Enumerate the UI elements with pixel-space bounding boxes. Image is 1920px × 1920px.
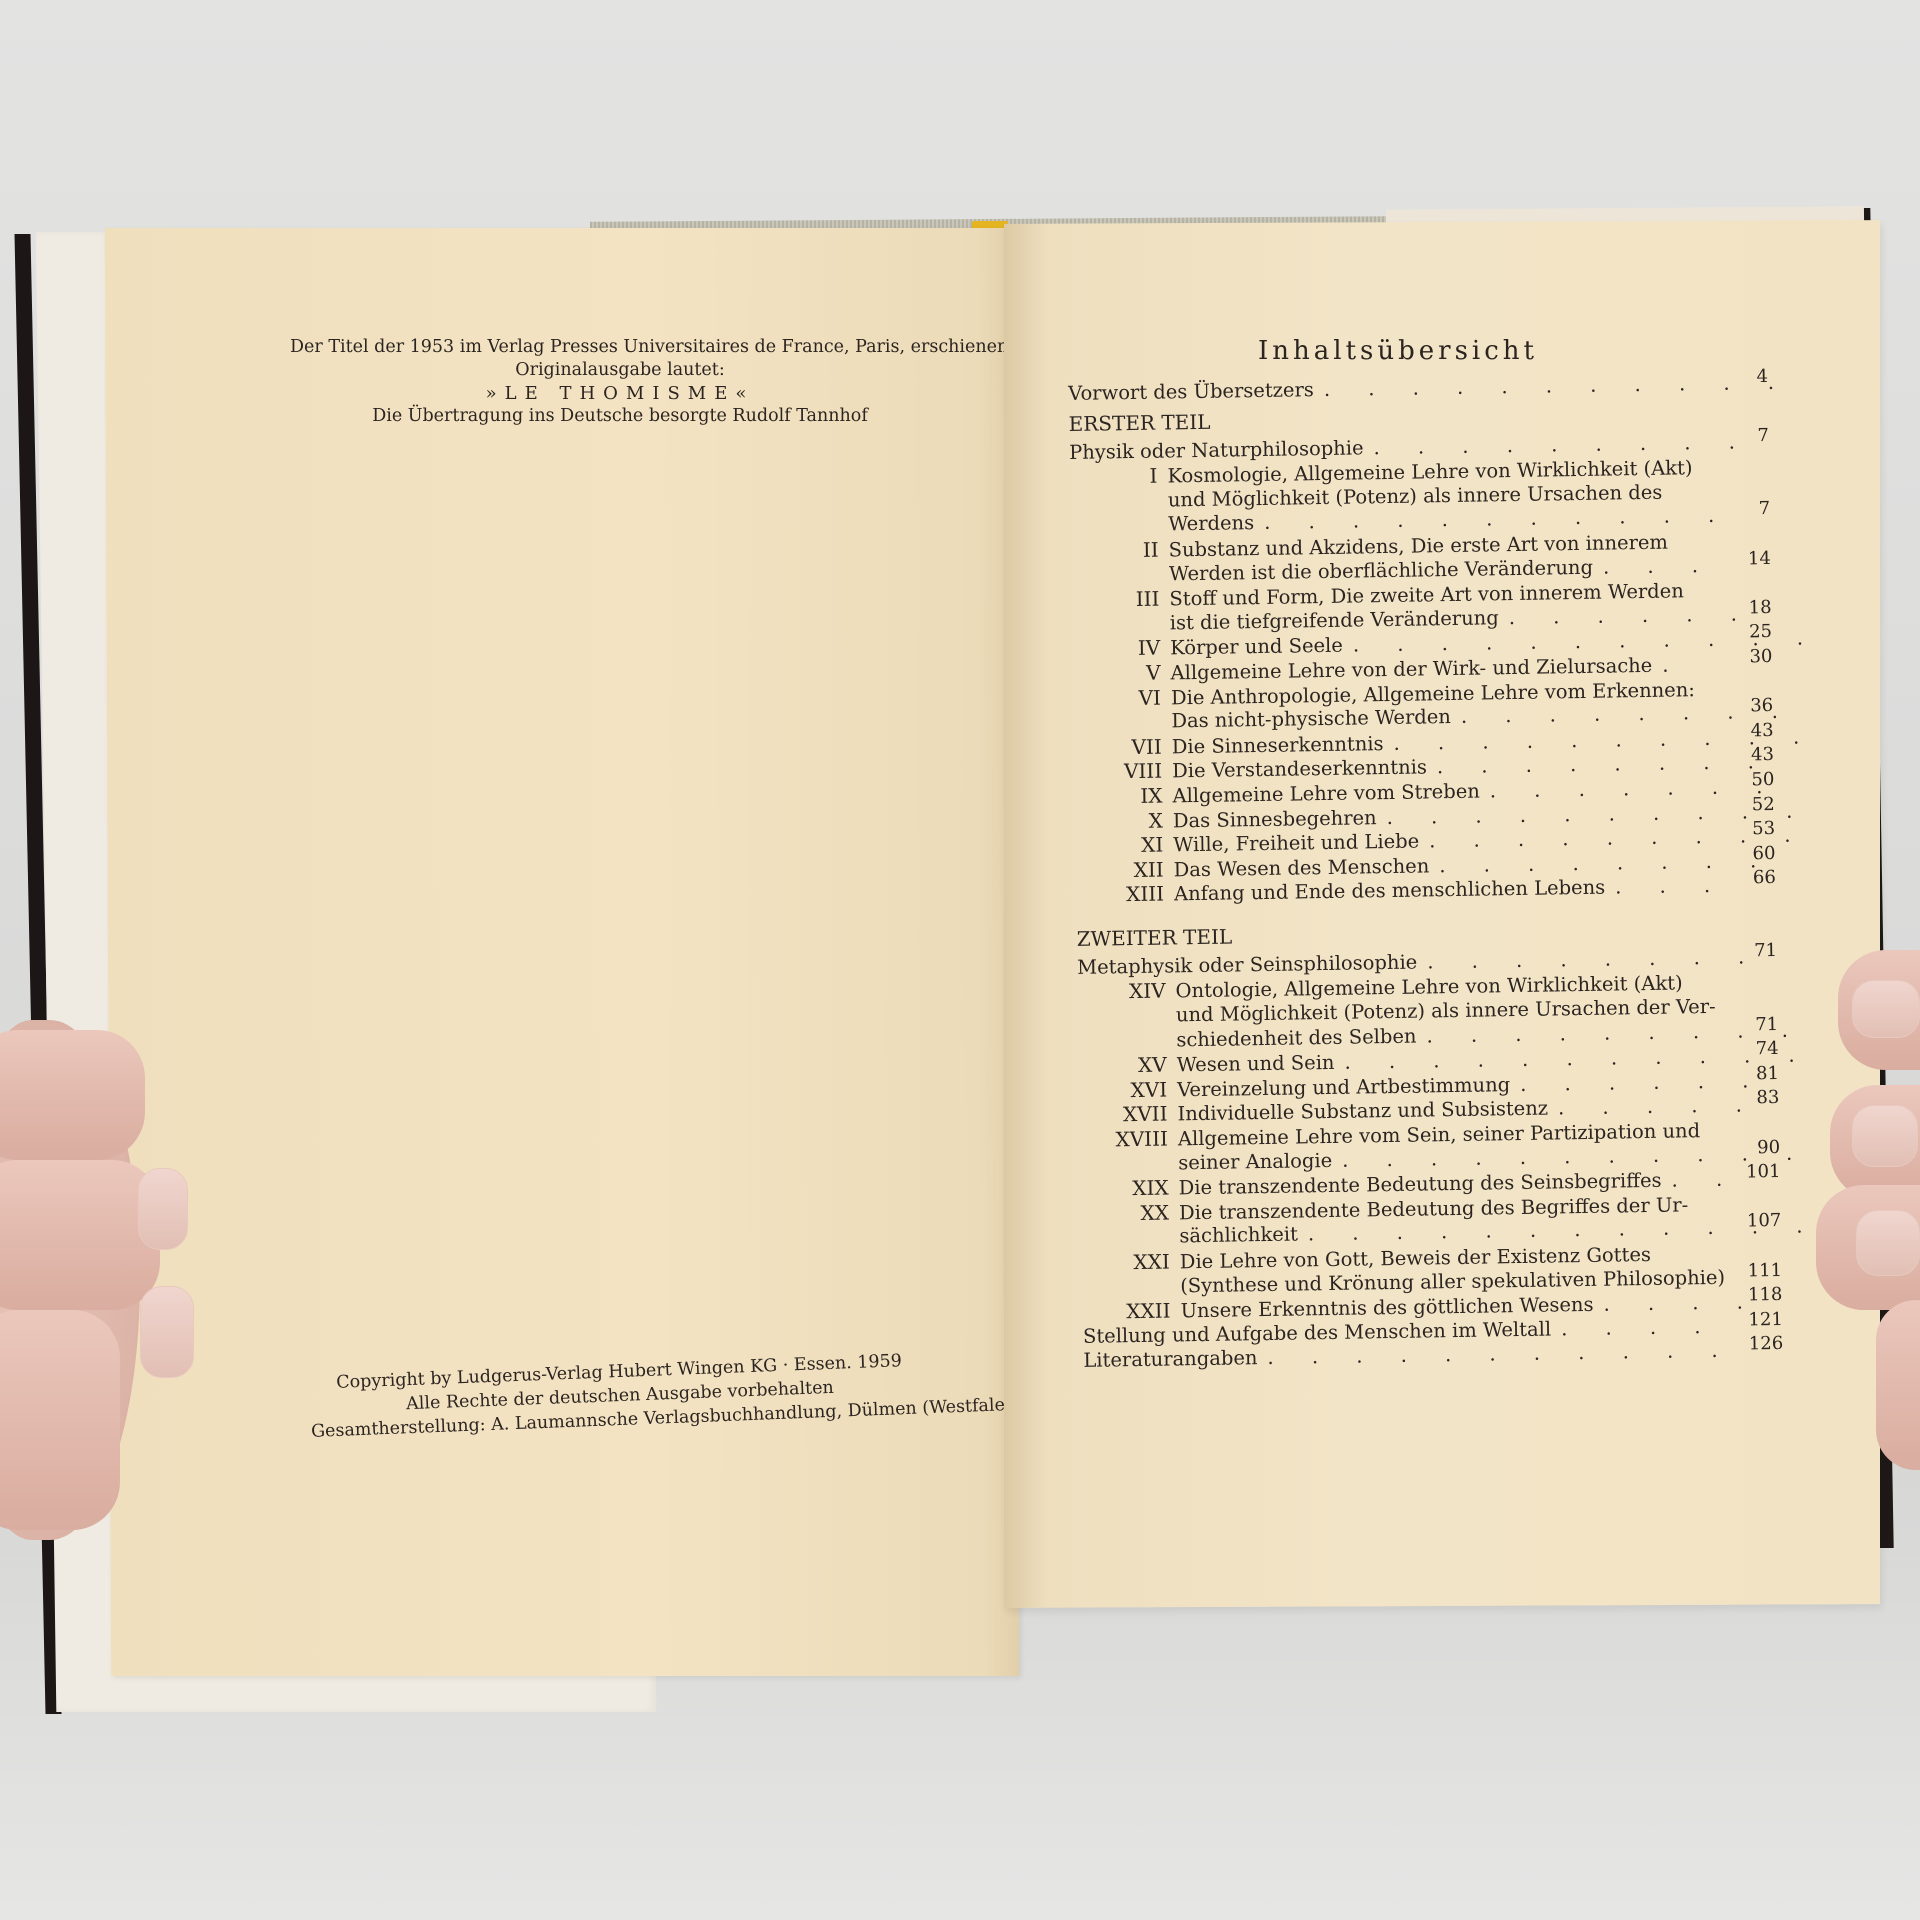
page-number: 50 (1714, 768, 1774, 794)
page-number: 7 (1710, 497, 1770, 523)
page-number: 36 (1713, 694, 1773, 720)
chapter-number: VII (1074, 734, 1172, 760)
left-finger (0, 1310, 120, 1530)
page-number: 121 (1723, 1308, 1783, 1334)
toc-entry-title: Literaturangaben (1083, 1347, 1257, 1374)
chapter-number: V (1072, 660, 1170, 686)
chapter-number: VI (1073, 685, 1171, 711)
fingernail (1856, 1210, 1920, 1276)
page-number: 4 (1708, 365, 1768, 391)
chapter-number: XXI (1082, 1249, 1180, 1275)
page-number: 7 (1709, 424, 1769, 450)
chapter-number: I (1069, 464, 1167, 490)
chapter-number: XVI (1079, 1077, 1177, 1103)
page-number: 118 (1722, 1283, 1782, 1309)
page-number: 126 (1723, 1332, 1783, 1358)
fingernail (138, 1168, 188, 1250)
page-number: 107 (1721, 1209, 1781, 1235)
chapter-number: XIV (1077, 979, 1175, 1005)
page-number: 111 (1722, 1258, 1782, 1284)
chapter-number: VIII (1074, 759, 1172, 785)
chapter-number: IV (1072, 636, 1170, 662)
toc-entry-title: sächlichkeit (1081, 1223, 1298, 1251)
chapter-number: XVIII (1080, 1126, 1178, 1152)
page-number: 83 (1719, 1086, 1779, 1112)
dot-leader: . . . (1615, 874, 1726, 900)
chapter-number: XV (1079, 1053, 1177, 1079)
chapter-number: XI (1075, 832, 1173, 858)
chapter-number: XXII (1082, 1299, 1180, 1325)
fingernail (1852, 980, 1920, 1038)
imprint-block: Der Titel der 1953 im Verlag Presses Uni… (290, 336, 950, 428)
fingernail (140, 1286, 194, 1378)
page-number: 25 (1712, 620, 1772, 646)
page-number: 71 (1717, 939, 1777, 965)
page-number: 43 (1714, 743, 1774, 769)
original-title: »LE THOMISME« (290, 382, 950, 405)
imprint-line: Die Übertragung ins Deutsche besorgte Ru… (290, 405, 950, 428)
right-finger (1876, 1300, 1920, 1470)
chapter-number: IX (1074, 783, 1172, 809)
left-page (105, 228, 1019, 1676)
page-number: 101 (1720, 1160, 1780, 1186)
dot-leader: . (1662, 653, 1685, 678)
chapter-number: III (1071, 587, 1169, 613)
page-number: 71 (1718, 1013, 1778, 1039)
page-number: 66 (1716, 866, 1776, 892)
toc-entry-title: ERSTER TEIL (1068, 404, 1210, 440)
page-number: 30 (1712, 645, 1772, 671)
chapter-number: XIII (1076, 882, 1174, 908)
imprint-line: Originalausgabe lautet: (290, 359, 950, 382)
chapter-number: II (1070, 537, 1168, 563)
chapter-number: XVII (1079, 1102, 1177, 1128)
page-number: 90 (1720, 1136, 1780, 1162)
table-of-contents: Vorwort des Übersetzers. . . . . . . . .… (1068, 371, 1783, 1374)
chapter-number: XIX (1080, 1176, 1178, 1202)
dot-leader: . . . (1603, 553, 1714, 579)
left-finger (0, 1160, 160, 1310)
imprint-line: Der Titel der 1953 im Verlag Presses Uni… (290, 336, 950, 359)
chapter-number: X (1075, 808, 1173, 834)
left-finger (0, 1030, 145, 1160)
page-number: 14 (1711, 547, 1771, 573)
page-number: 43 (1713, 719, 1773, 745)
toc-entry-title: Werdens (1070, 511, 1254, 538)
chapter-number: XX (1081, 1200, 1179, 1226)
toc-entry-title: ZWEITER TEIL (1076, 919, 1232, 955)
chapter-number: XII (1075, 857, 1173, 883)
page-number: 52 (1715, 792, 1775, 818)
dot-leader: . . . . (1561, 1315, 1717, 1342)
page-number: 60 (1715, 842, 1775, 868)
page-number: 74 (1718, 1037, 1778, 1063)
toc-entry-title: Anfang und Ende des menschlichen Lebens (1174, 876, 1606, 907)
fingernail (1852, 1105, 1918, 1167)
page-number: 53 (1715, 817, 1775, 843)
page-number: 18 (1711, 596, 1771, 622)
page-number: 81 (1719, 1062, 1779, 1088)
toc-title: Inhaltsübersicht (1258, 336, 1538, 366)
page-number (1716, 905, 1776, 906)
